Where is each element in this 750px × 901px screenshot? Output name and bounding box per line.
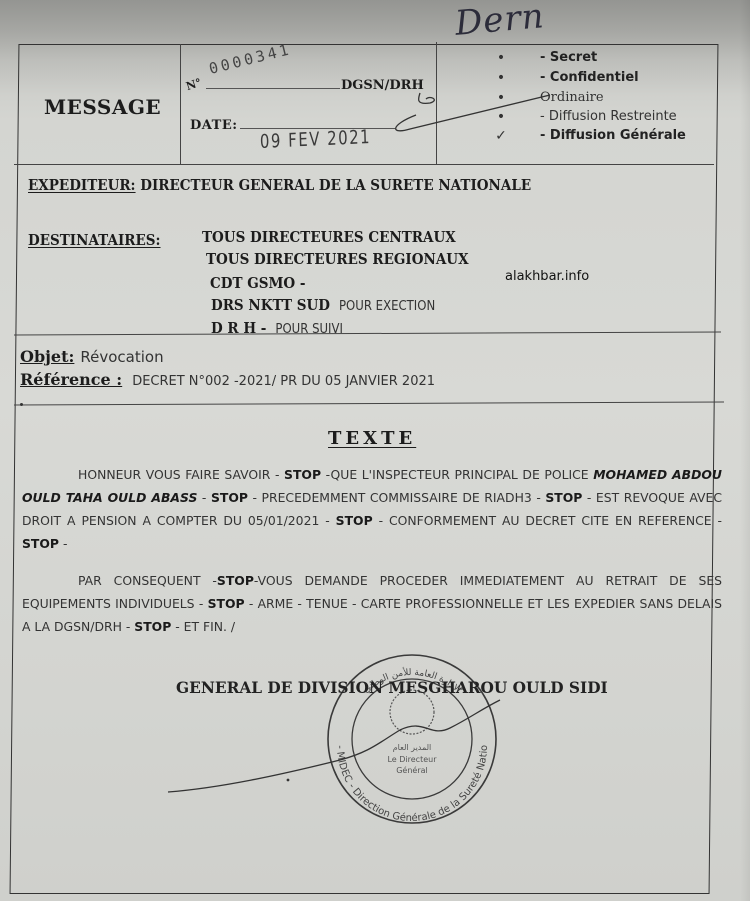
sender-value: DIRECTEUR GENERAL DE LA SURETE NATIONALE (140, 176, 531, 194)
subject-value: Révocation (80, 348, 163, 366)
recipients-label: DESTINATAIRES: (28, 231, 161, 249)
recipient-item: TOUS DIRECTEURES CENTRAUX (202, 228, 456, 246)
reference-value: DECRET N°002 -2021/ PR DU 05 JANVIER 202… (132, 374, 435, 389)
header-divider (14, 164, 714, 165)
stop-keyword: STOP (134, 619, 171, 634)
date-label: DATE: (190, 118, 238, 133)
signature-stroke (160, 680, 520, 800)
recipient-note: POUR EXECTION (339, 299, 435, 314)
reference-label: Référence : (20, 370, 122, 389)
recipient-note: POUR SUIVI (275, 322, 343, 337)
source-watermark: alakhbar.info (505, 269, 589, 284)
header-col-divider-1 (180, 44, 181, 164)
recipient-item: D R H -POUR SUIVI (211, 319, 343, 337)
sender-line: EXPEDITEUR: DIRECTEUR GENERAL DE LA SURE… (28, 176, 531, 194)
bullet-icon: • (494, 70, 508, 86)
stop-keyword: STOP (208, 596, 245, 611)
subject-label: Objet: (20, 347, 74, 366)
number-underline (206, 88, 340, 89)
subject-line: Objet:Révocation (20, 347, 164, 366)
reference-line: Référence :DECRET N°002 -2021/ PR DU 05 … (20, 370, 435, 389)
stop-keyword: STOP (22, 536, 59, 551)
sender-label: EXPEDITEUR: (28, 176, 136, 194)
recipient-item: TOUS DIRECTEURES REGIONAUX (206, 250, 469, 268)
message-title: MESSAGE (44, 95, 161, 119)
stop-keyword: STOP (545, 490, 582, 505)
body-title: TEXTE (328, 428, 416, 449)
stray-dot (20, 403, 23, 406)
handwritten-annotation: Dern (453, 0, 546, 44)
body-paragraph-1: HONNEUR VOUS FAIRE SAVOIR - STOP -QUE L'… (22, 463, 722, 555)
handwritten-initial-stroke (390, 85, 550, 145)
stop-keyword: STOP (336, 513, 373, 528)
stop-keyword: STOP (211, 490, 248, 505)
page-edge (740, 0, 750, 901)
bullet-icon: • (494, 50, 508, 66)
stop-keyword: STOP (284, 467, 321, 482)
recipient-item: DRS NKTT SUDPOUR EXECTION (211, 296, 435, 314)
recipient-item: CDT GSMO - (210, 274, 305, 292)
classification-secret: • - Secret (440, 50, 712, 70)
body-paragraph-2: PAR CONSEQUENT -STOP-VOUS DEMANDE PROCED… (22, 569, 722, 638)
stop-keyword: STOP (217, 573, 254, 588)
